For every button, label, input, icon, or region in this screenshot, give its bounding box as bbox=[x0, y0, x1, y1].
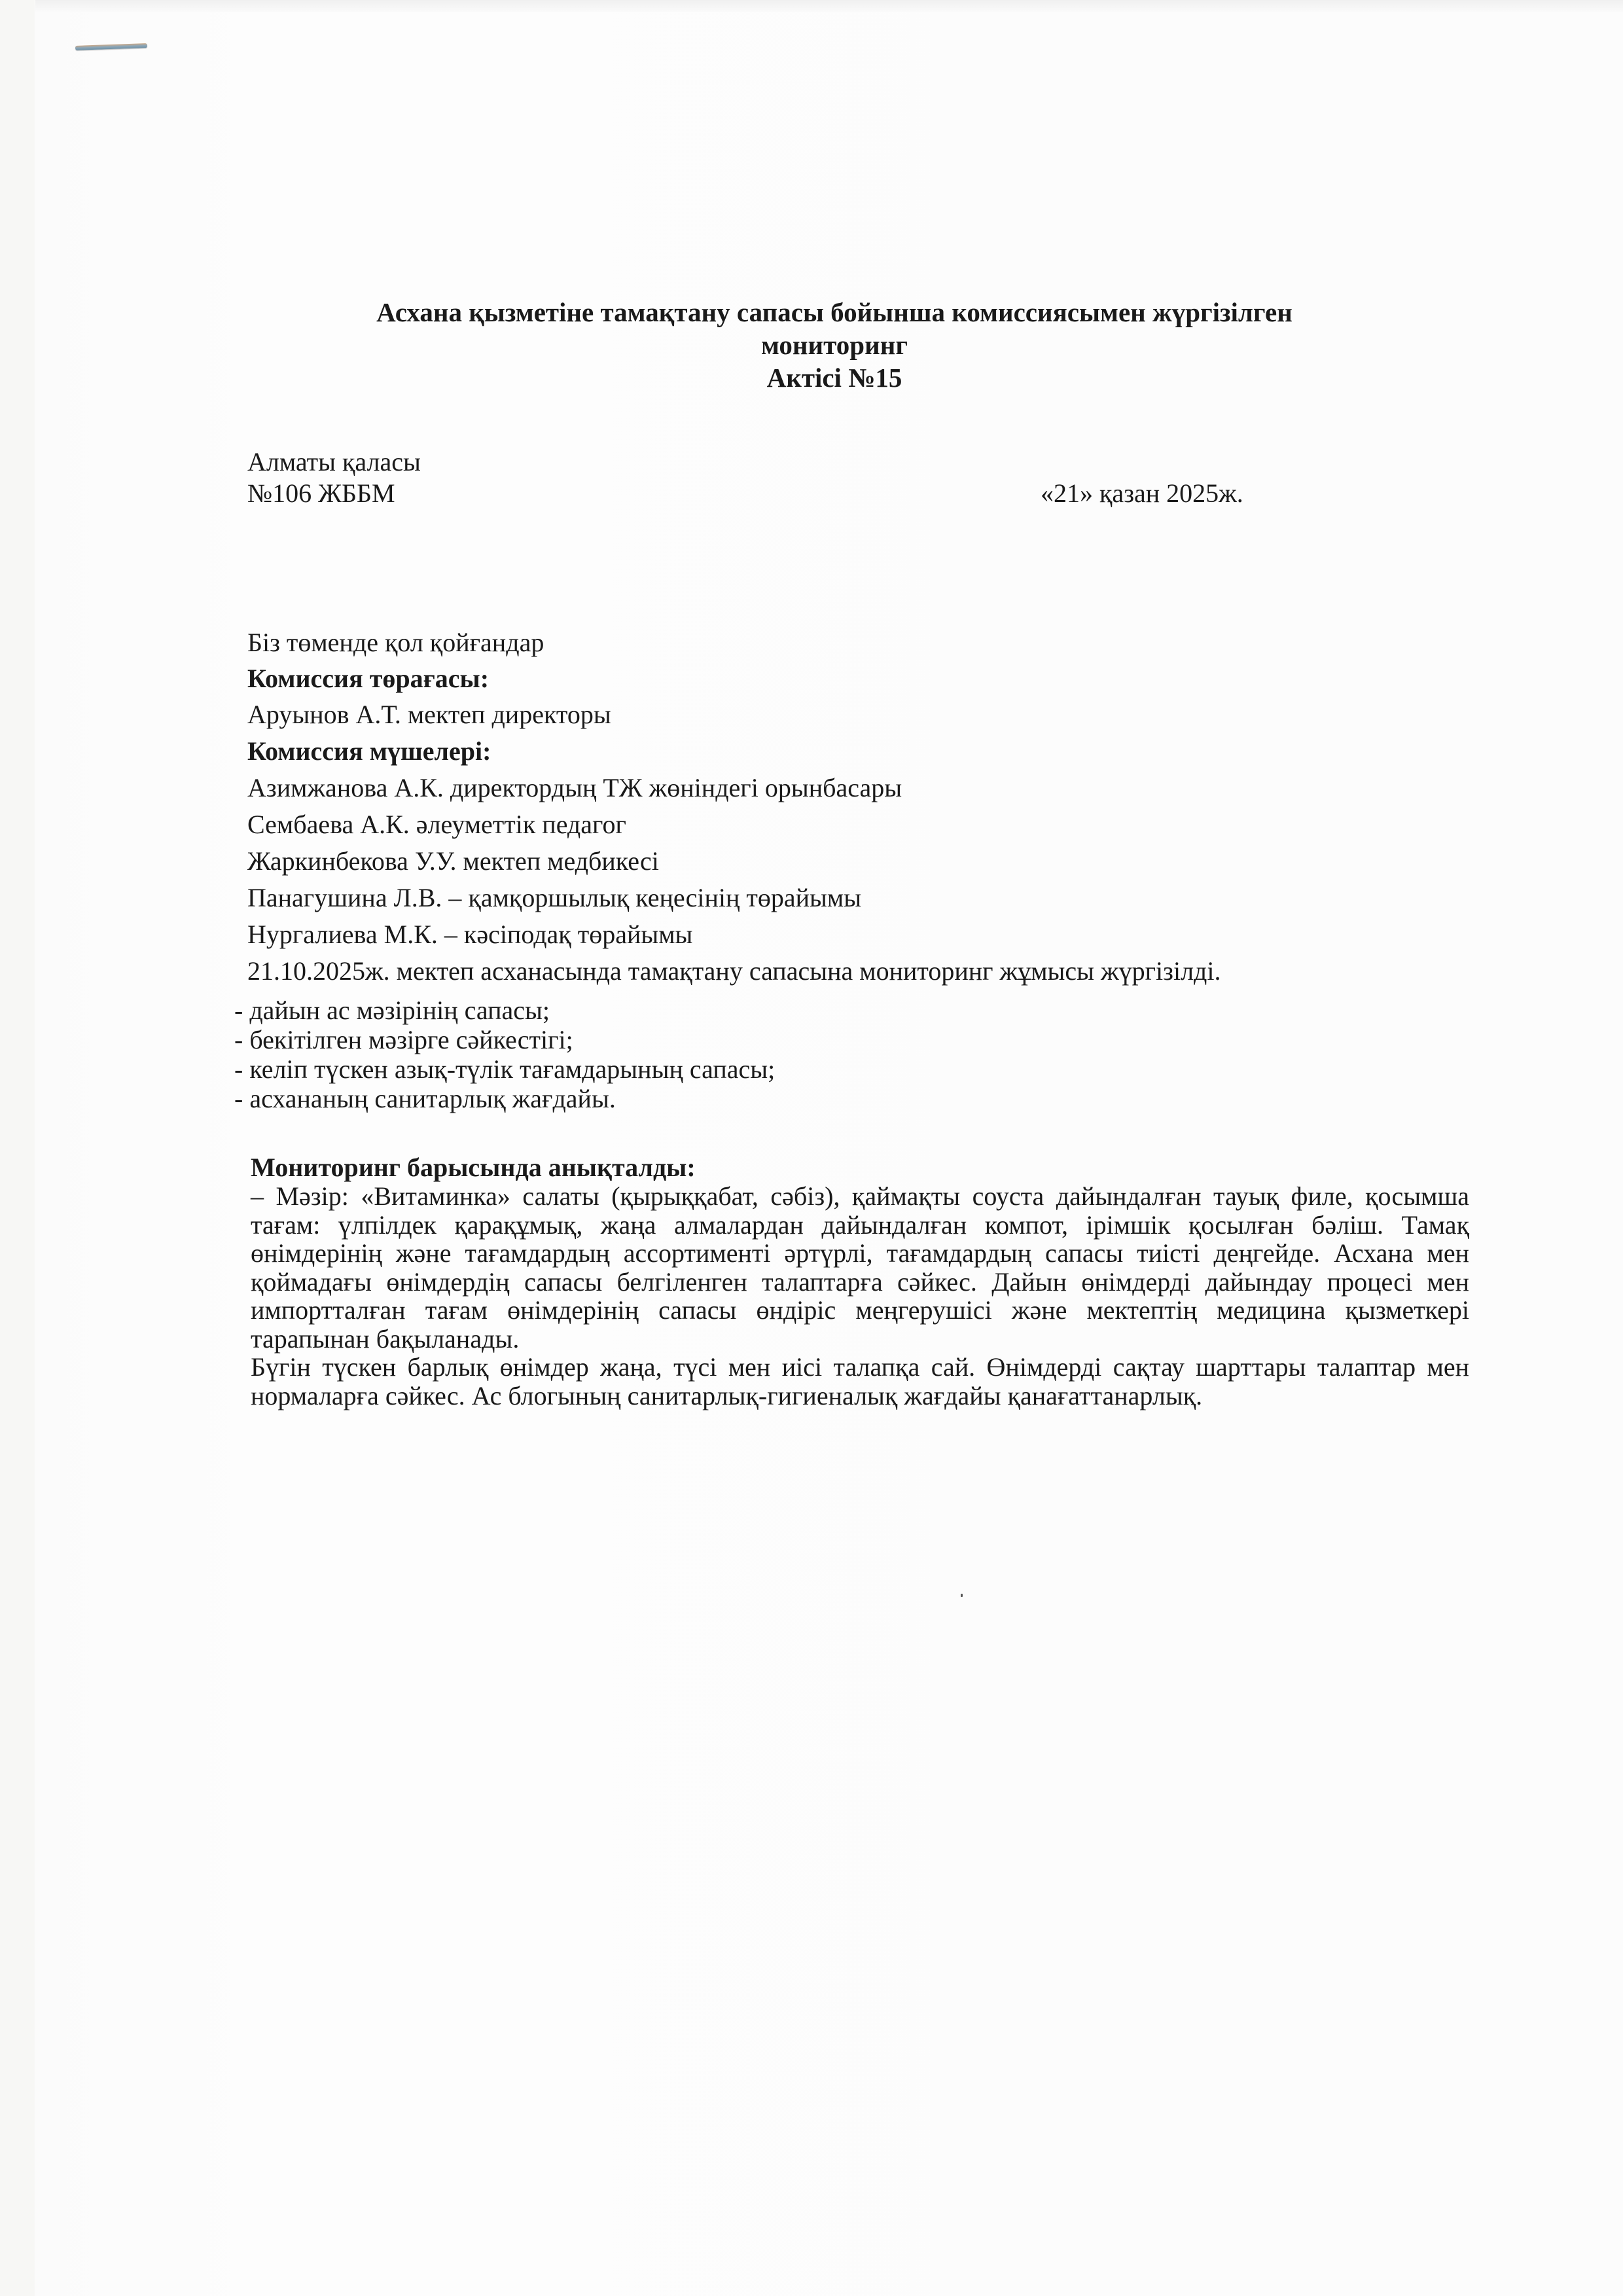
checklist-item: - келіп түскен азық-түлік тағамдарының с… bbox=[234, 1054, 775, 1085]
member-item: Панагушина Л.В. – қамқоршылық кеңесінің … bbox=[247, 882, 861, 914]
member-item: Нургалиева М.К. – кәсіподақ төрайымы bbox=[247, 919, 692, 950]
chair-name: Аруынов А.Т. мектеп директоры bbox=[247, 699, 611, 730]
findings-heading: Мониторинг барысында анықталды: bbox=[251, 1152, 696, 1183]
member-item: Сембаева А.К. әлеуметтік педагог bbox=[247, 809, 626, 840]
findings-body: – Мәзір: «Витаминка» салаты (қырыққабат,… bbox=[251, 1182, 1469, 1410]
members-heading: Комиссия мүшелері: bbox=[247, 736, 491, 767]
statement-text: 21.10.2025ж. мектеп асханасында тамақтан… bbox=[247, 956, 1221, 987]
checklist-item: - бекітілген мәзірге сәйкестігі; bbox=[234, 1024, 573, 1056]
school-label: №106 ЖББМ bbox=[247, 478, 395, 509]
findings-paragraph-2: Бүгін түскен барлық өнімдер жаңа, түсі м… bbox=[251, 1353, 1469, 1410]
title-line-2: мониторинг bbox=[249, 329, 1420, 361]
checklist-item: - дайын ас мәзірінің сапасы; bbox=[234, 995, 550, 1026]
scan-speck bbox=[961, 1594, 963, 1597]
title-line-1: Асхана қызметіне тамақтану сапасы бойынш… bbox=[249, 296, 1420, 329]
intro-text: Біз төменде қол қойғандар bbox=[247, 627, 544, 658]
findings-paragraph-1: – Мәзір: «Витаминка» салаты (қырыққабат,… bbox=[251, 1182, 1469, 1353]
staple-mark bbox=[75, 43, 147, 50]
city-label: Алматы қаласы bbox=[247, 446, 421, 478]
member-item: Азимжанова А.К. директордың ТЖ жөніндегі… bbox=[247, 772, 902, 804]
document-title: Асхана қызметіне тамақтану сапасы бойынш… bbox=[249, 296, 1420, 394]
scan-edge bbox=[35, 0, 1623, 12]
chair-heading: Комиссия төрағасы: bbox=[247, 663, 489, 694]
title-line-3: Актісі №15 bbox=[249, 361, 1420, 394]
scanned-page: Асхана қызметіне тамақтану сапасы бойынш… bbox=[0, 0, 1623, 2296]
member-item: Жаркинбекова У.У. мектеп медбикесі bbox=[247, 846, 659, 877]
checklist-item: - асхананың санитарлық жағдайы. bbox=[234, 1083, 616, 1115]
document-date: «21» қазан 2025ж. bbox=[1041, 478, 1243, 509]
